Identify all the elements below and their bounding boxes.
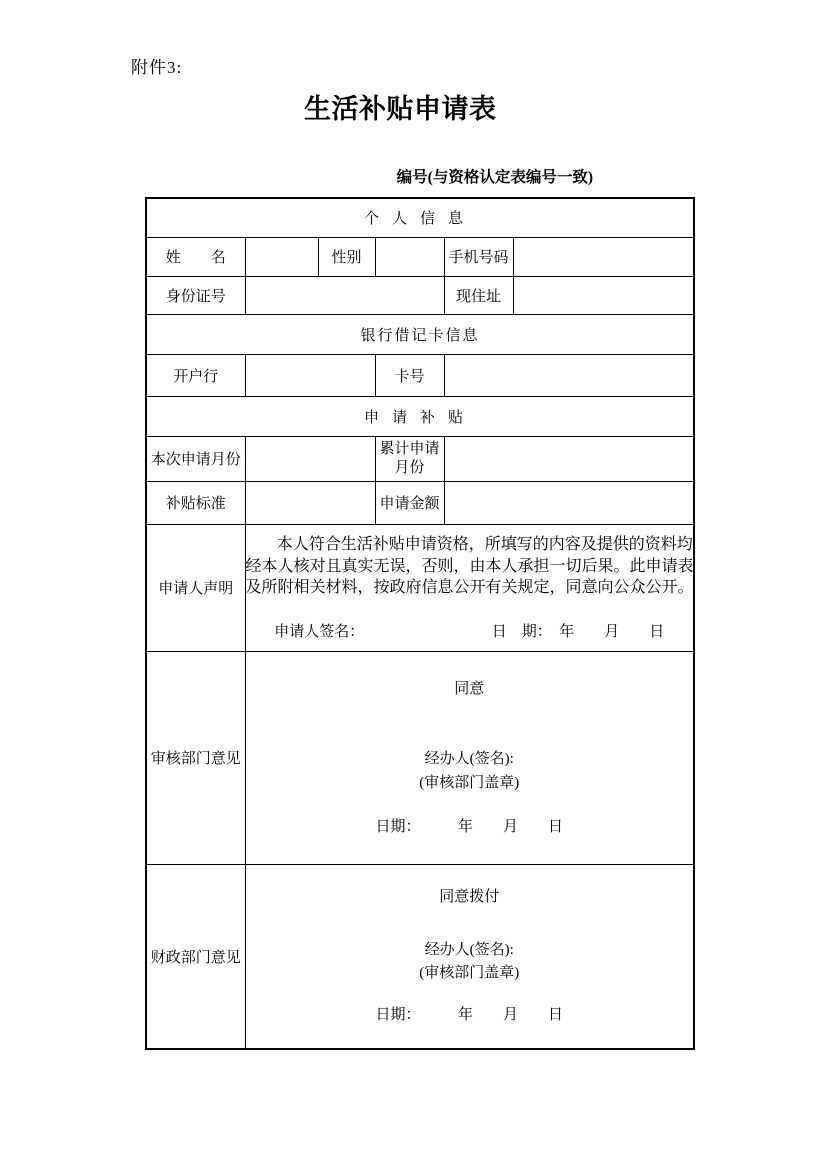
- apply-month-label: 本次申请月份: [146, 436, 245, 481]
- row-review-department: 审核部门意见 同意 经办人(签名): (审核部门盖章) 日期： 年 月 日: [146, 651, 694, 864]
- declaration-line-3: 及所附相关材料，按政府信息公开有关规定，同意向公众公开。: [246, 577, 694, 599]
- address-field[interactable]: [513, 276, 694, 314]
- section-apply-subsidy: 申请补贴: [146, 396, 694, 436]
- section-header-bank: 银行借记卡信息: [146, 314, 694, 354]
- id-number-label: 身份证号: [146, 276, 245, 314]
- declaration-line-2: 经本人核对且真实无误，否则，由本人承担一切后果。此申请表: [246, 556, 694, 578]
- row-bank-card: 开户行 卡号: [146, 354, 694, 396]
- section-header-personal: 个人信息: [146, 198, 694, 237]
- review-department-content: 同意 经办人(签名): (审核部门盖章) 日期： 年 月 日: [245, 651, 694, 864]
- finance-department-content: 同意拨付 经办人(签名): (审核部门盖章) 日期： 年 月 日: [245, 864, 694, 1049]
- finance-opinion-text: 同意拨付: [246, 887, 694, 907]
- address-label: 现住址: [444, 276, 513, 314]
- finance-handler-signature-line[interactable]: 经办人(签名):: [246, 940, 694, 960]
- finance-department-label: 财政部门意见: [146, 864, 245, 1049]
- section-header-subsidy: 申请补贴: [146, 396, 694, 436]
- form-number-label: 编号(与资格认定表编号一致): [145, 165, 693, 187]
- id-number-field[interactable]: [245, 276, 444, 314]
- gender-label: 性别: [318, 237, 375, 276]
- page-title: 生活补贴申请表: [304, 87, 497, 126]
- declaration-line-1: 本人符合生活补贴申请资格，所填写的内容及提供的资料均: [246, 534, 694, 556]
- cumulative-months-label: 累计申请月份: [375, 436, 444, 481]
- name-field[interactable]: [245, 237, 318, 276]
- declaration-signature-line[interactable]: 申请人签名： 日 期： 年 月 日: [246, 620, 694, 641]
- gender-field[interactable]: [375, 237, 444, 276]
- phone-field[interactable]: [513, 237, 694, 276]
- apply-month-field[interactable]: [245, 436, 375, 481]
- subsidy-standard-label: 补贴标准: [146, 481, 245, 524]
- apply-amount-field[interactable]: [444, 481, 694, 524]
- row-id-address: 身份证号 现住址: [146, 276, 694, 314]
- row-subsidy-standard: 补贴标准 申请金额: [146, 481, 694, 524]
- review-department-label: 审核部门意见: [146, 651, 245, 864]
- row-finance-department: 财政部门意见 同意拨付 经办人(签名): (审核部门盖章) 日期： 年 月 日: [146, 864, 694, 1049]
- row-apply-month: 本次申请月份 累计申请月份: [146, 436, 694, 481]
- card-number-field[interactable]: [444, 354, 694, 396]
- name-label: 姓 名: [146, 237, 245, 276]
- subsidy-standard-field[interactable]: [245, 481, 375, 524]
- section-personal-info: 个人信息: [146, 198, 694, 237]
- review-opinion-text: 同意: [246, 679, 694, 699]
- review-date-line[interactable]: 日期： 年 月 日: [246, 817, 694, 837]
- card-number-label: 卡号: [375, 354, 444, 396]
- finance-date-line[interactable]: 日期： 年 月 日: [246, 1005, 694, 1025]
- apply-amount-label: 申请金额: [375, 481, 444, 524]
- declaration-content: 本人符合生活补贴申请资格，所填写的内容及提供的资料均 经本人核对且真实无误，否则…: [245, 524, 694, 651]
- review-stamp-line: (审核部门盖章): [246, 773, 694, 793]
- bank-branch-label: 开户行: [146, 354, 245, 396]
- bank-branch-field[interactable]: [245, 354, 375, 396]
- section-bank-card-info: 银行借记卡信息: [146, 314, 694, 354]
- application-form-table: 个人信息 姓 名 性别 手机号码 身份证号 现住址 银行借记卡信息 开户行 卡号…: [145, 197, 695, 1050]
- cumulative-months-field[interactable]: [444, 436, 694, 481]
- row-applicant-declaration: 申请人声明 本人符合生活补贴申请资格，所填写的内容及提供的资料均 经本人核对且真…: [146, 524, 694, 651]
- review-handler-signature-line[interactable]: 经办人(签名):: [246, 749, 694, 769]
- row-name-gender-phone: 姓 名 性别 手机号码: [146, 237, 694, 276]
- finance-stamp-line: (审核部门盖章): [246, 963, 694, 983]
- phone-label: 手机号码: [444, 237, 513, 276]
- declaration-label: 申请人声明: [146, 524, 245, 651]
- attachment-note: 附件3:: [131, 53, 182, 78]
